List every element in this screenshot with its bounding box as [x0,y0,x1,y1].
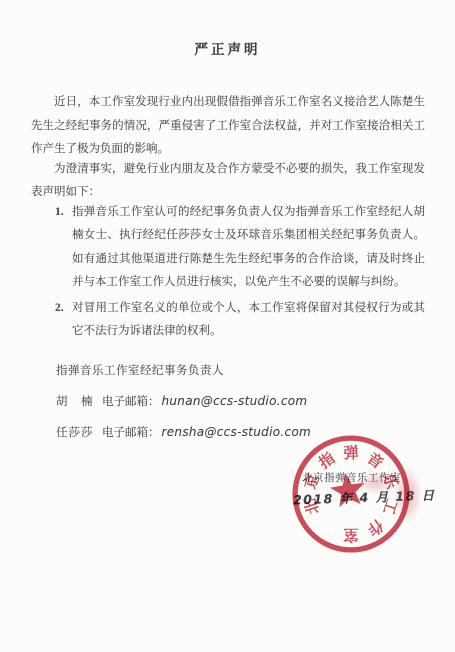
paragraph-intro: 近日，本工作室发现行业内出现假借指弹音乐工作室名义接洽艺人陈楚生先生之经纪事务的… [31,91,425,162]
svg-text:弹: 弹 [343,444,359,462]
seal-graphic: 北京指弹音乐工作室 [290,433,412,555]
list-number: 1. [55,201,72,225]
list-item-text: 指弹音乐工作室认可的经纪事务负责人仅为指弹音乐工作室经纪人胡楠女士、执行经纪任莎… [72,201,425,295]
svg-text:工: 工 [379,497,400,517]
list-number: 2. [55,297,72,321]
svg-text:乐: 乐 [379,471,401,492]
contact-line: 胡 楠 电子邮箱： hunan@ccs-studio.com [56,394,425,409]
document-title: 严正声明 [0,0,455,58]
svg-text:北: 北 [302,496,323,516]
list-item-text: 对冒用工作室名义的单位或个人，本工作室将保留对其侵权行为或其它不法行为诉诸法律的… [72,297,425,344]
contact-email: rensha@ccs-studio.com [162,425,312,439]
svg-text:室: 室 [343,526,358,544]
star-icon [330,473,364,507]
scanned-statement-page: 严正声明 近日，本工作室发现行业内出现假借指弹音乐工作室名义接洽艺人陈楚生先生之… [0,0,455,652]
signature-block: 指弹音乐工作室经纪事务负责人 胡 楠 电子邮箱： hunan@ccs-studi… [56,364,425,440]
signature-role-line: 指弹音乐工作室经纪事务负责人 [56,364,425,378]
svg-text:作: 作 [363,516,387,540]
contact-name: 任莎莎 [56,426,102,440]
svg-text:音: 音 [364,449,387,473]
contact-name: 胡 楠 [56,395,102,409]
email-label: 电子邮箱： [102,426,160,440]
official-seal: 北京指弹音乐工作室 [290,433,412,555]
email-label: 电子邮箱： [102,395,160,409]
svg-text:指: 指 [316,450,338,473]
statement-list: 1. 指弹音乐工作室认可的经纪事务负责人仅为指弹音乐工作室经纪人胡楠女士、执行经… [55,201,425,344]
contact-email: hunan@ccs-studio.com [162,394,308,408]
svg-text:京: 京 [301,471,323,491]
list-item: 2. 对冒用工作室名义的单位或个人，本工作室将保留对其侵权行为或其它不法行为诉诸… [55,297,425,344]
list-item: 1. 指弹音乐工作室认可的经纪事务负责人仅为指弹音乐工作室经纪人胡楠女士、执行经… [55,201,425,295]
paragraph-clarify: 为澄清事实，避免行业内朋友及合作方蒙受不必要的损失，我工作室现发表声明如下： [31,158,425,205]
